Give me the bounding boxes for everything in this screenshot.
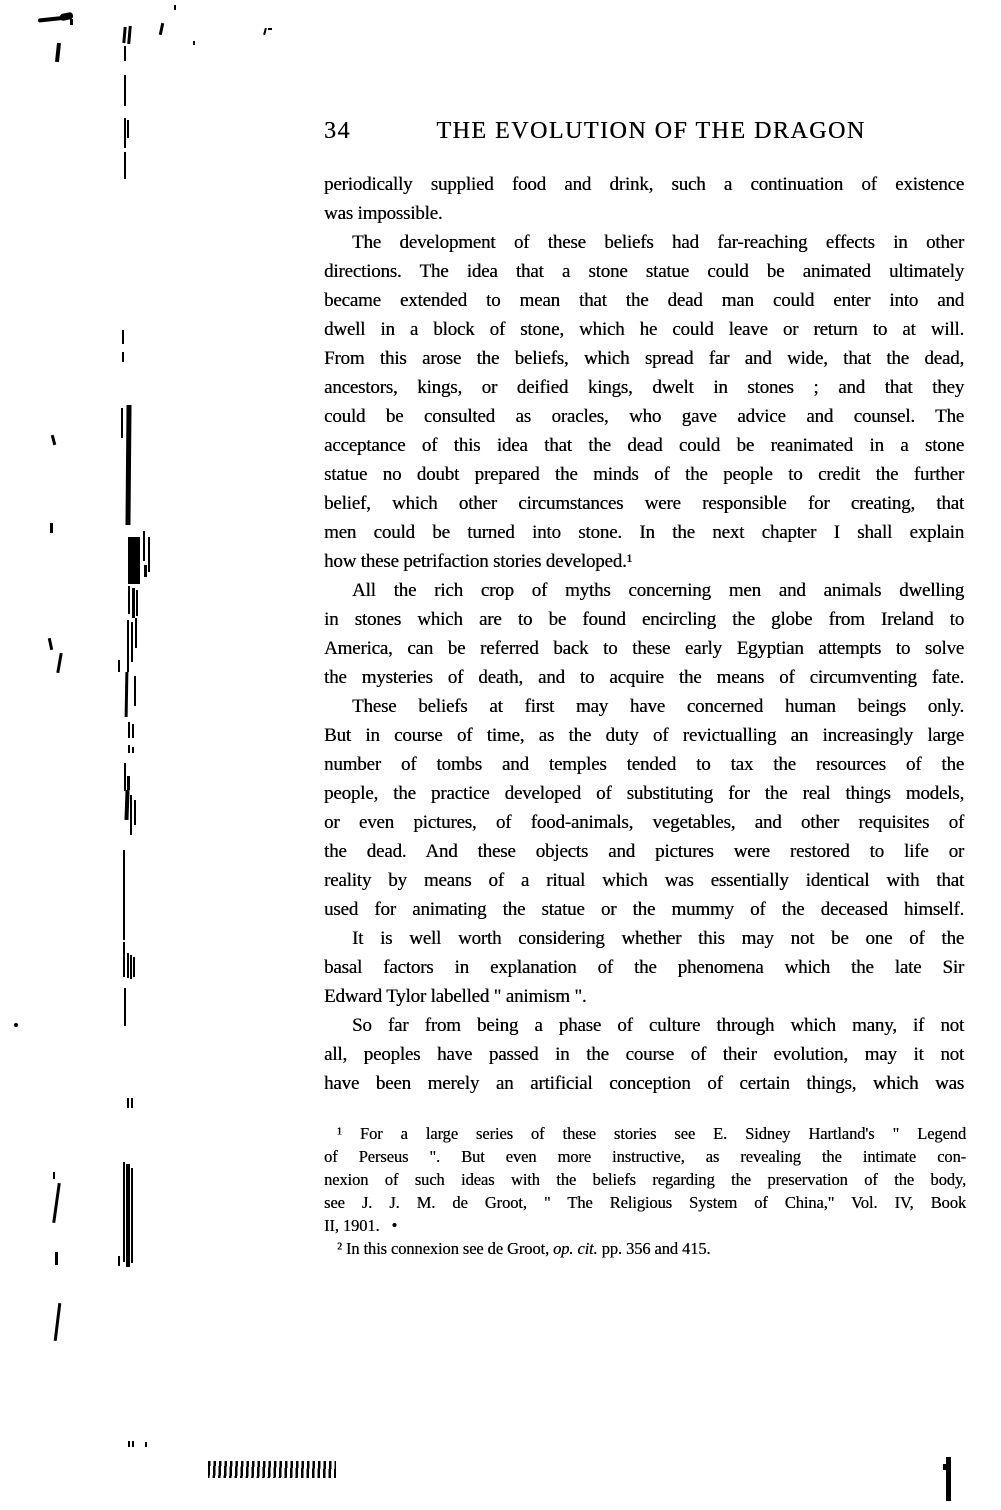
text-line: All the rich crop of myths concerning me… bbox=[324, 576, 964, 605]
running-title: THE EVOLUTION OF THE DRAGON bbox=[324, 116, 964, 146]
text-line: the dead. And these objects and pictures… bbox=[324, 837, 964, 866]
text-line: Edward Tylor labelled " animism ". bbox=[324, 982, 964, 1011]
text-line: the mysteries of death, and to acquire t… bbox=[324, 663, 964, 692]
text-line: So far from being a phase of culture thr… bbox=[324, 1011, 964, 1040]
text-line: acceptance of this idea that the dead co… bbox=[324, 431, 964, 460]
scan-artifact bbox=[122, 27, 126, 43]
scan-artifact bbox=[136, 590, 138, 616]
scan-artifact bbox=[124, 152, 126, 179]
text-line: These beliefs at first may have concerne… bbox=[324, 692, 964, 721]
scan-artifact bbox=[132, 1441, 134, 1447]
scan-artifact bbox=[132, 747, 134, 753]
scan-artifact bbox=[118, 1256, 120, 1266]
scan-artifact bbox=[127, 26, 132, 44]
paragraph: These beliefs at first may have concerne… bbox=[324, 692, 964, 924]
scan-artifact bbox=[128, 537, 140, 584]
scan-artifact bbox=[128, 586, 130, 614]
paragraph: So far from being a phase of culture thr… bbox=[324, 1011, 964, 1098]
text-line: or even pictures, of food-animals, veget… bbox=[324, 808, 964, 837]
text-line: basal factors in explanation of the phen… bbox=[324, 953, 964, 982]
page-header: 34 THE EVOLUTION OF THE DRAGON bbox=[324, 116, 964, 146]
scan-artifact bbox=[70, 19, 73, 25]
scan-artifact bbox=[51, 435, 56, 445]
text-line: used for animating the statue or the mum… bbox=[324, 895, 964, 924]
text-line: dwell in a block of stone, which he coul… bbox=[324, 315, 964, 344]
scan-artifact bbox=[14, 1023, 18, 1027]
scan-artifact bbox=[263, 28, 267, 35]
scan-artifact bbox=[125, 405, 131, 525]
text-line: was impossible. bbox=[324, 199, 964, 228]
scan-artifact bbox=[268, 28, 272, 30]
scan-artifact bbox=[128, 1441, 130, 1447]
scan-artifact bbox=[135, 618, 137, 648]
scan-artifact bbox=[124, 75, 126, 106]
scan-artifact bbox=[59, 12, 73, 22]
footnote-line: ¹ For a large series of these stories se… bbox=[324, 1122, 966, 1145]
scan-artifact bbox=[52, 1183, 61, 1223]
scan-artifact bbox=[128, 745, 130, 753]
footnote-line: see J. J. M. de Groot, " The Religious S… bbox=[324, 1191, 966, 1214]
scan-artifact bbox=[145, 1442, 147, 1447]
scan-artifact bbox=[124, 763, 126, 791]
text-line: ancestors, kings, or deified kings, dwel… bbox=[324, 373, 964, 402]
scan-artifact bbox=[48, 638, 53, 650]
scan-hatch-mark bbox=[208, 1461, 336, 1478]
text-line: From this arose the beliefs, which sprea… bbox=[324, 344, 964, 373]
scan-artifact bbox=[56, 653, 62, 673]
text-line: how these petrifaction stories developed… bbox=[324, 547, 964, 576]
footnotes: ¹ For a large series of these stories se… bbox=[324, 1122, 966, 1260]
scan-artifact bbox=[133, 957, 135, 977]
text-line: It is well worth considering whether thi… bbox=[324, 924, 964, 953]
text-line: people, the practice developed of substi… bbox=[324, 779, 964, 808]
footnote-line: of Perseus ". But even more instructive,… bbox=[324, 1145, 966, 1168]
scan-artifact bbox=[132, 588, 135, 618]
scan-artifact bbox=[193, 41, 195, 45]
text-line: belief, which other circumstances were r… bbox=[324, 489, 964, 518]
scan-artifact bbox=[127, 1098, 129, 1108]
scan-artifact bbox=[125, 672, 129, 717]
scan-artifact bbox=[131, 1168, 133, 1263]
scan-artifact bbox=[943, 1464, 946, 1470]
text-line: men could be turned into stone. In the n… bbox=[324, 518, 964, 547]
scan-artifact bbox=[118, 660, 120, 672]
scan-artifact bbox=[143, 531, 145, 561]
text-line: But in course of time, as the duty of re… bbox=[324, 721, 964, 750]
scan-artifact bbox=[54, 1303, 62, 1341]
scan-artifact bbox=[55, 1252, 58, 1265]
scan-artifact bbox=[50, 523, 53, 533]
footnote-2-text: ² In this connexion see de Groot, bbox=[337, 1239, 553, 1258]
scan-artifact bbox=[121, 408, 123, 438]
paragraph: periodically supplied food and drink, su… bbox=[324, 170, 964, 228]
text-line: periodically supplied food and drink, su… bbox=[324, 170, 964, 199]
scan-artifact bbox=[134, 800, 136, 825]
scan-artifact bbox=[123, 1162, 125, 1262]
scan-artifact bbox=[946, 1457, 951, 1501]
scan-artifact bbox=[127, 776, 130, 790]
scan-artifact bbox=[124, 988, 126, 1026]
footnote-line: nexion of such ideas with the beliefs re… bbox=[324, 1168, 966, 1191]
scan-artifact bbox=[131, 1098, 133, 1108]
scan-artifact bbox=[124, 46, 126, 61]
scan-artifact bbox=[127, 620, 129, 672]
scan-artifact bbox=[122, 352, 124, 362]
text-line: all, peoples have passed in the course o… bbox=[324, 1040, 964, 1069]
text-line: could be consulted as oracles, who gave … bbox=[324, 402, 964, 431]
body-text: periodically supplied food and drink, su… bbox=[324, 170, 964, 1098]
text-line: have been merely an artificial conceptio… bbox=[324, 1069, 964, 1098]
scan-artifact bbox=[159, 23, 164, 35]
scan-artifact bbox=[130, 795, 132, 835]
scan-artifact bbox=[123, 850, 125, 940]
text-line: number of tombs and temples tended to ta… bbox=[324, 750, 964, 779]
book-page: 34 THE EVOLUTION OF THE DRAGON periodica… bbox=[0, 0, 1001, 1510]
footnote-2-italic: op. cit. bbox=[553, 1239, 598, 1258]
scan-artifact bbox=[131, 622, 133, 662]
text-line: statue no doubt prepared the minds of th… bbox=[324, 460, 964, 489]
scan-artifact bbox=[124, 790, 129, 820]
scan-artifact bbox=[127, 953, 129, 978]
scan-artifact bbox=[55, 43, 61, 62]
scan-artifact bbox=[124, 118, 126, 148]
page-number: 34 bbox=[324, 116, 351, 146]
scan-artifact bbox=[128, 722, 130, 738]
scan-artifact bbox=[134, 676, 136, 706]
scan-artifact bbox=[123, 942, 125, 977]
footnote-2: ² In this connexion see de Groot, op. ci… bbox=[324, 1237, 966, 1260]
text-line: became extended to mean that the dead ma… bbox=[324, 286, 964, 315]
text-line: America, can be referred back to these e… bbox=[324, 634, 964, 663]
footnote-line: II, 1901. • bbox=[324, 1214, 966, 1237]
scan-artifact bbox=[122, 330, 124, 344]
scan-artifact bbox=[38, 15, 68, 22]
scan-artifact bbox=[174, 5, 176, 10]
scan-artifact bbox=[126, 1164, 130, 1267]
text-line: The development of these beliefs had far… bbox=[324, 228, 964, 257]
text-line: reality by means of a ritual which was e… bbox=[324, 866, 964, 895]
scan-artifact bbox=[144, 565, 147, 577]
paragraph: It is well worth considering whether thi… bbox=[324, 924, 964, 1011]
scan-artifact bbox=[127, 120, 129, 138]
scan-artifact bbox=[53, 1172, 55, 1179]
text-line: in stones which are to be found encircli… bbox=[324, 605, 964, 634]
text-line: directions. The idea that a stone statue… bbox=[324, 257, 964, 286]
paragraph: All the rich crop of myths concerning me… bbox=[324, 576, 964, 692]
scan-artifact bbox=[132, 724, 134, 738]
scan-artifact bbox=[130, 955, 132, 979]
scan-artifact bbox=[148, 537, 150, 572]
paragraph: The development of these beliefs had far… bbox=[324, 228, 964, 576]
footnote-2-text: pp. 356 and 415. bbox=[598, 1239, 711, 1258]
